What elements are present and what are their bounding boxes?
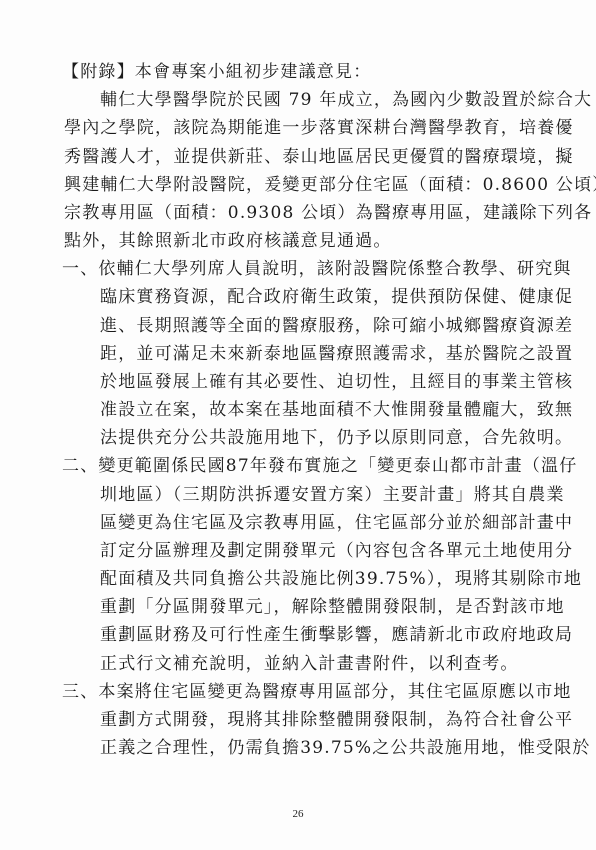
- item-line: 訂定分區辦理及劃定開發單元（內容包含各單元土地使用分: [100, 541, 573, 561]
- item-line: 重劃方式開發，現將其排除整體開發限制，為符合社會公平: [100, 710, 573, 730]
- appendix-heading: 【附錄】本會專案小組初步建議意見：: [62, 62, 371, 82]
- item-line: 距，並可滿足未來新泰地區醫療照護需求，基於醫院之設置: [100, 344, 573, 364]
- item-line: 進、長期照護等全面的醫療服務，除可縮小城鄉醫療資源差: [100, 316, 573, 336]
- intro-line: 點外，其餘照新北市政府核議意見通過。: [64, 231, 392, 251]
- intro-line: 興建輔仁大學附設醫院，爰變更部分住宅區（面積：0.8600 公頃）、: [64, 175, 596, 195]
- document-page: 【附錄】本會專案小組初步建議意見： 輔仁大學醫學院於民國 79 年成立，為國內少…: [0, 0, 596, 850]
- intro-line: 學內之學院，該院為期能進一步落實深耕台灣醫學教育，培養優: [64, 118, 574, 138]
- item-line: 二、變更範圍係民國87年發布實施之「變更泰山都市計畫（溫仔: [62, 456, 577, 476]
- item-line: 正式行文補充說明，並納入計畫書附件，以利查考。: [100, 654, 519, 674]
- item-line: 臨床實務資源，配合政府衛生政策，提供預防保健、健康促: [100, 287, 573, 307]
- intro-line: 宗教專用區（面積：0.9308 公頃）為醫療專用區，建議除下列各: [64, 203, 592, 223]
- item-line: 准設立在案，故本案在基地面積不大惟開發量體龐大，致無: [100, 400, 573, 420]
- item-line: 三、本案將住宅區變更為醫療專用區部分，其住宅區原應以市地: [62, 682, 572, 702]
- page-number: 26: [0, 808, 596, 820]
- item-line: 區變更為住宅區及宗教專用區，住宅區部分並於細部計畫中: [100, 513, 573, 533]
- item-line: 重劃「分區開發單元」，解除整體開發限制，是否對該市地: [100, 597, 565, 617]
- item-line: 於地區發展上確有其必要性、迫切性，且經目的事業主管核: [100, 372, 573, 392]
- item-line: 配面積及共同負擔公共設施比例39.75%），現將其剔除市地: [100, 569, 582, 589]
- intro-line: 輔仁大學醫學院於民國 79 年成立，為國內少數設置於綜合大: [100, 90, 592, 110]
- item-line: 圳地區）（三期防洪拆遷安置方案）主要計畫」將其自農業: [100, 485, 565, 505]
- item-line: 一、依輔仁大學列席人員說明，該附設醫院係整合教學、研究與: [62, 259, 572, 279]
- item-line: 法提供充分公共設施用地下，仍予以原則同意，合先敘明。: [100, 428, 573, 448]
- item-line: 重劃區財務及可行性產生衝擊影響，應請新北市政府地政局: [100, 625, 573, 645]
- intro-line: 秀醫護人才，並提供新莊、泰山地區居民更優質的醫療環境，擬: [64, 147, 574, 167]
- item-line: 正義之合理性，仍需負擔39.75%之公共設施用地，惟受限於: [100, 738, 591, 758]
